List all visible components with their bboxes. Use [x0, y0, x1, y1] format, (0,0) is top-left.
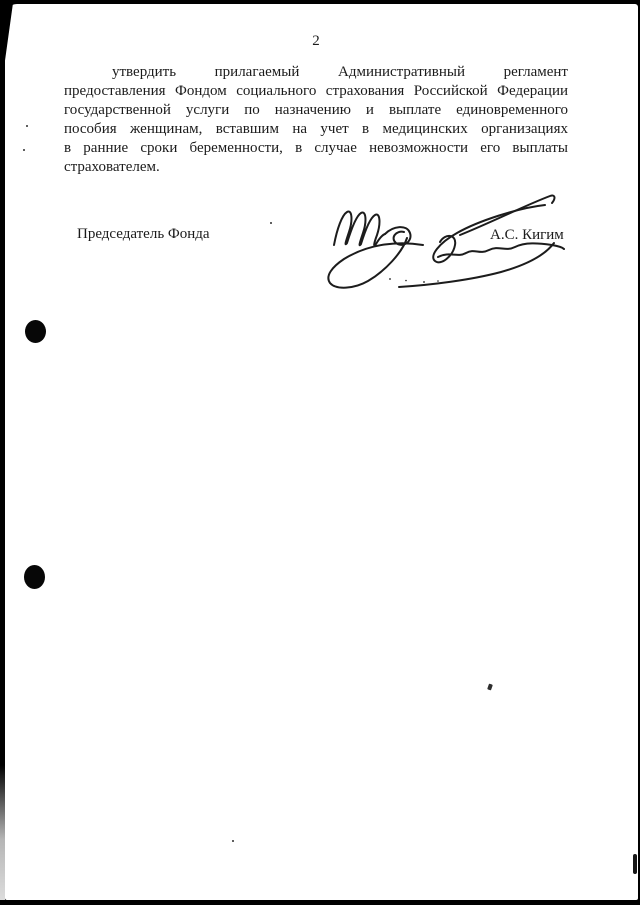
scan-speck [270, 222, 272, 224]
signature-icon [310, 193, 570, 293]
signature-left-loops [334, 212, 385, 246]
paragraph-line: государственной услуги по назначению и в… [64, 101, 568, 120]
scan-speck [232, 840, 234, 842]
signature-ink-dots [389, 278, 439, 283]
punch-hole [24, 565, 45, 589]
paragraph-line: пособия женщинам, вставшим на учет в мед… [64, 120, 568, 139]
signature-right-wave [438, 243, 564, 257]
paragraph-line: страхователем. [64, 158, 568, 177]
signatory-title: Председатель Фонда [77, 225, 210, 244]
scan-edge-artifact [633, 854, 637, 874]
page-number: 2 [64, 32, 568, 51]
scan-speck [26, 125, 28, 127]
decree-paragraph: утвердить прилагаемый Административный р… [64, 63, 568, 177]
paragraph-line: в ранние сроки беременности, в случае не… [64, 139, 568, 158]
punch-hole [25, 320, 46, 343]
scan-speck [23, 149, 25, 151]
scanned-document-page: 2 утвердить прилагаемый Административный… [0, 0, 640, 905]
signature-left-gloop [385, 227, 411, 245]
paragraph-line: предоставления Фондом социального страхо… [64, 82, 568, 101]
signature-flourish [460, 195, 554, 235]
signature-left-sweep [328, 238, 423, 288]
signature-tail [399, 243, 554, 287]
paragraph-line: утвердить прилагаемый Административный р… [64, 63, 568, 82]
scan-border-fade [0, 765, 5, 900]
